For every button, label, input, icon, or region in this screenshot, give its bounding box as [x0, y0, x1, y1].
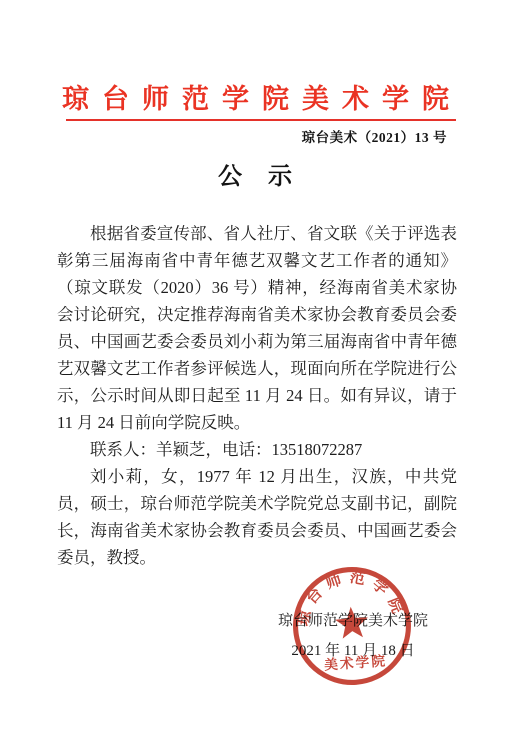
- letterhead-title: 琼台师范学院美术学院: [0, 84, 511, 115]
- document-body: 根据省委宣传部、省人社厅、省文联《关于评选表彰第三届海南省中青年德艺双馨文艺工作…: [57, 220, 457, 571]
- document-number: 琼台美术（2021）13 号: [302, 126, 447, 146]
- paragraph-candidate-bio: 刘小莉，女，1977 年 12 月出生，汉族，中共党员，硕士，琼台师范学院美术学…: [57, 463, 457, 571]
- signature-date: 2021 年 11 月 18 日: [268, 636, 438, 666]
- announcement-title: 公 示: [0, 156, 511, 191]
- official-document-page: 琼台师范学院美术学院 琼台美术（2021）13 号 公 示 根据省委宣传部、省人…: [0, 0, 511, 729]
- signature-block: 琼台师范学院美术学院 2021 年 11 月 18 日: [268, 606, 438, 666]
- paragraph-contact: 联系人：羊颖芝，电话：13518072287: [57, 436, 457, 463]
- letterhead-divider-rule: [66, 119, 456, 121]
- signature-organization: 琼台师范学院美术学院: [268, 606, 438, 636]
- paragraph-notice: 根据省委宣传部、省人社厅、省文联《关于评选表彰第三届海南省中青年德艺双馨文艺工作…: [57, 220, 457, 436]
